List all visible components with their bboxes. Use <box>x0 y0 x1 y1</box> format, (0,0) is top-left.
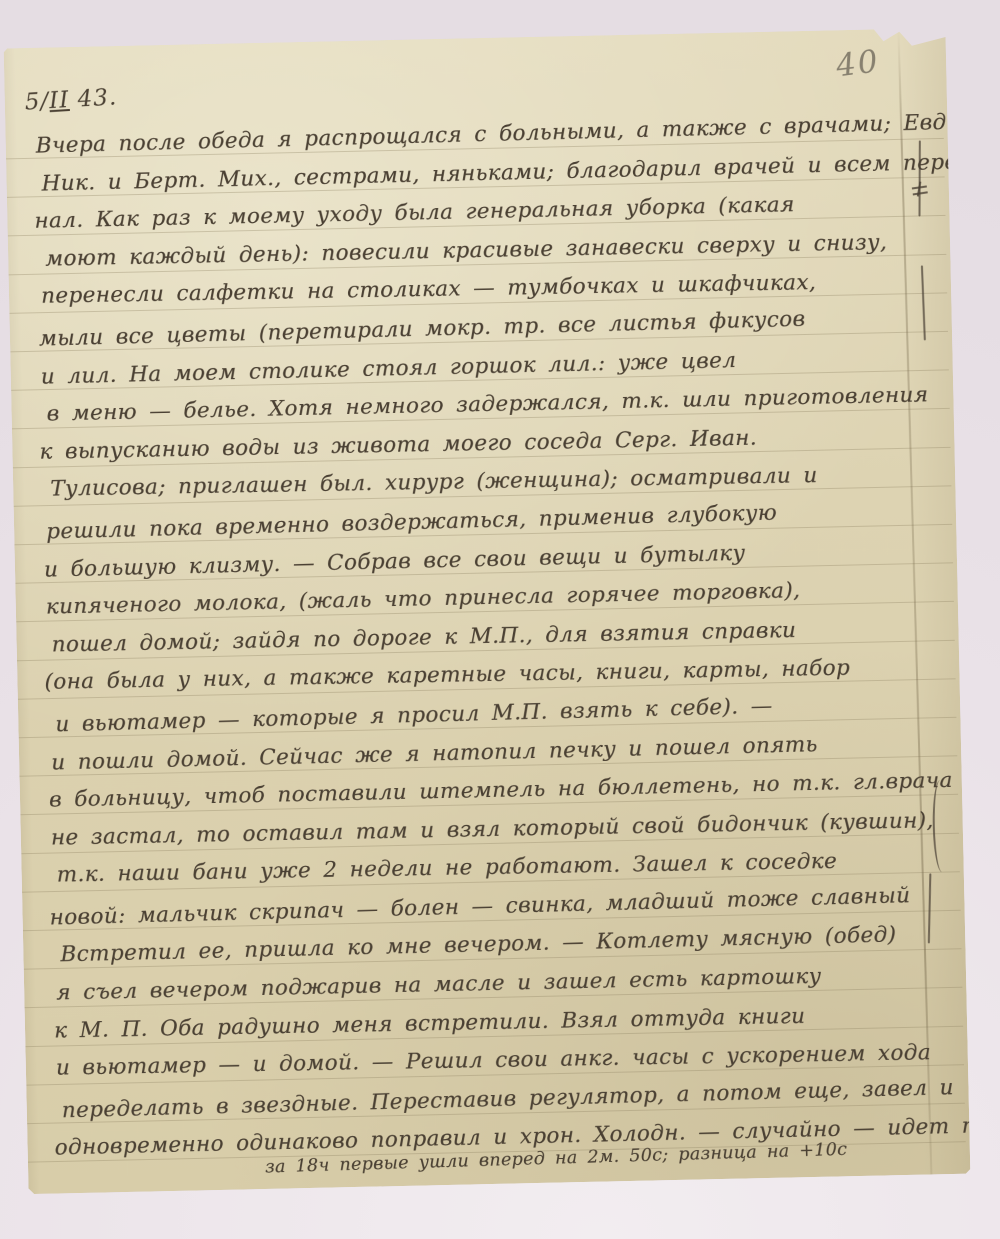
entry-date: 5/II 43. <box>24 84 118 115</box>
handwritten-text: Вчера после обеда я распрощался с больны… <box>35 106 960 1167</box>
photo-backdrop: 5/II 43. 40 Вчера после обеда я распроща… <box>0 0 1000 1239</box>
page-number: 40 <box>834 43 882 84</box>
entry-date-day: 5/ <box>24 88 50 115</box>
entry-date-month: II <box>48 87 70 114</box>
ink-margin-stroke <box>919 140 921 216</box>
diary-page: 5/II 43. 40 Вчера после обеда я распроща… <box>4 28 971 1194</box>
entry-date-year: 43. <box>77 84 118 112</box>
